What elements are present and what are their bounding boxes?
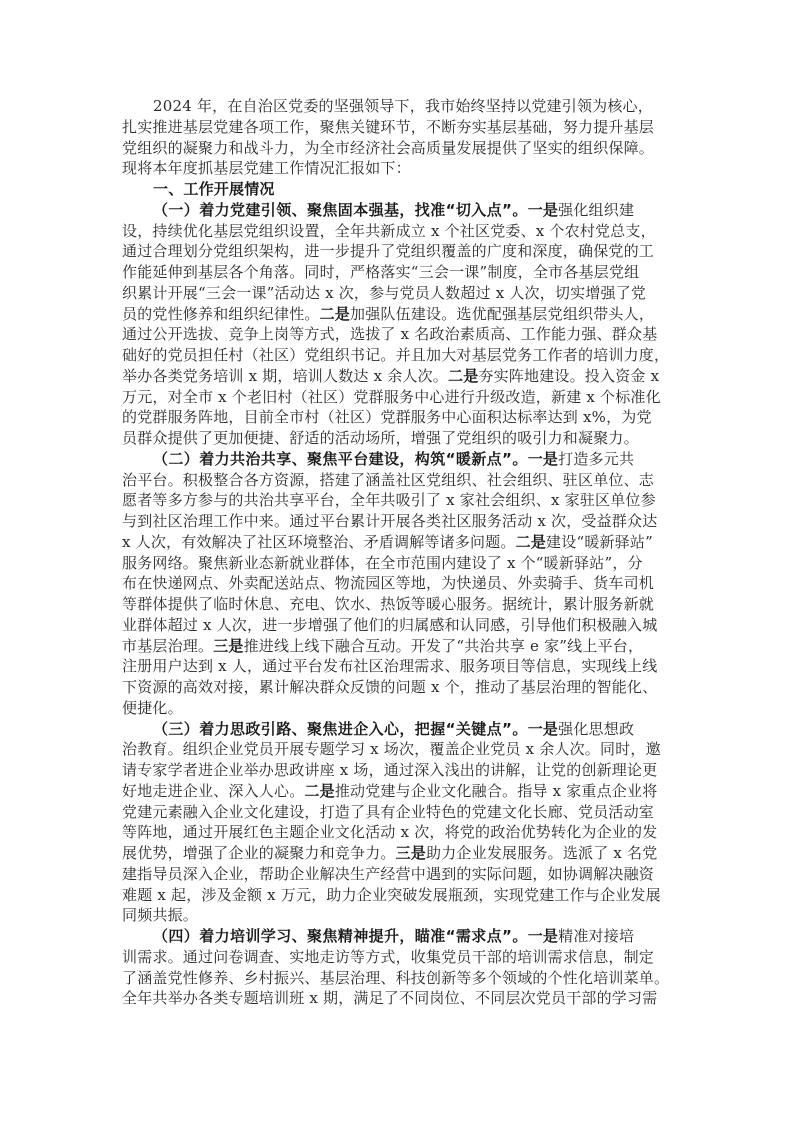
- body-text: 员群众提供了更加便捷、舒适的活动场所，增强了党组织的吸引力和凝聚力。: [122, 429, 639, 447]
- body-text: 员的党性修养和组织纪律性。: [122, 305, 320, 323]
- section-title: （三）着力思政引路、聚焦进企入心，把握“关键点”。: [153, 720, 528, 738]
- body-text: 同频共振。: [122, 906, 198, 924]
- body-text: 作能延伸到基层各个角落。同时，严格落实“三会一课”制度，全市各基层党组: [122, 263, 639, 281]
- body-line: 展优势，增强了企业的凝聚力和竞争力。三是助力企业发展服务。选派了 x 名党: [122, 843, 672, 864]
- section-title: （二）着力共治共享、聚焦平台建设，构筑“暖新点”。: [153, 450, 528, 468]
- body-text: 加强队伍建设。选优配强基层党组织带头人，: [350, 305, 654, 323]
- body-line: 请专家学者进企业举办思政讲座 x 场，通过深入浅出的讲解，让党的创新理论更: [122, 760, 672, 781]
- body-line: 的党群服务阵地，目前全市村（社区）党群服务中心面积达标率达到 x%，为党: [122, 407, 672, 428]
- body-line: 举办各类党务培训 x 期，培训人数达 x 余人次。二是夯实阵地建设。投入资金 x: [122, 366, 672, 387]
- body-line: x 人次，有效解决了社区环境整治、矛盾调解等诸多问题。二是建设“暖新驿站”: [122, 532, 672, 553]
- body-line: 员的党性修养和组织纪律性。二是加强队伍建设。选优配强基层党组织带头人，: [122, 304, 672, 325]
- body-text: 精准对接培: [558, 927, 634, 945]
- body-line: 了涵盖党性修养、乡村振兴、基层治理、科技创新等多个领域的个性化培训菜单。: [122, 968, 672, 989]
- body-line: 便捷化。: [122, 698, 672, 719]
- body-text: 等群体提供了临时休息、充电、饮水、热饭等暖心服务。据统计，累计服务新就: [122, 595, 654, 613]
- section-title-line: （二）着力共治共享、聚焦平台建设，构筑“暖新点”。一是打造多元共: [122, 449, 672, 470]
- body-line: 注册用户达到 x 人，通过平台发布社区治理需求、服务项目等信息，实现线上线: [122, 656, 672, 677]
- body-line: 愿者等多方参与的共治共享平台，全年共吸引了 x 家社会组织、x 家驻区单位参: [122, 490, 672, 511]
- body-line: 治教育。组织企业党员开展专题学习 x 场次，覆盖企业党员 x 余人次。同时，邀: [122, 739, 672, 760]
- sections-container: （一）着力党建引领、聚焦固本强基，找准“切入点”。一是强化组织建设，持续优化基层…: [122, 200, 672, 1009]
- body-text: 市基层治理。: [122, 637, 213, 655]
- body-text: 愿者等多方参与的共治共享平台，全年共吸引了 x 家社会组织、x 家驻区单位参: [122, 491, 656, 509]
- body-text: 治平台。积极整合各方资源，搭建了涵盖社区党组织、社会组织、驻区单位、志: [122, 471, 654, 489]
- intro-line: 现将本年度抓基层党建工作情况汇报如下：: [122, 158, 672, 179]
- intro-line: 党组织的凝聚力和战斗力，为全市经济社会高质量发展提供了坚实的组织保障。: [122, 138, 672, 159]
- document-page: 2024 年，在自治区党委的坚强领导下，我市始终坚持以党建引领为核心，扎实推进基…: [122, 96, 672, 1009]
- intro-line: 扎实推进基层党建各项工作，聚焦关键环节，不断夯实基层基础，努力提升基层: [122, 117, 672, 138]
- body-text: 建设“暖新驿站”: [546, 533, 653, 551]
- bold-keyword: 二是: [448, 367, 478, 385]
- bold-keyword: 一是: [528, 720, 558, 738]
- body-line: 织累计开展“三会一课”活动达 x 次，参与党员人数超过 x 人次，切实增强了党: [122, 283, 672, 304]
- body-line: 下资源的高效对接，累计解决群众反馈的问题 x 个，推动了基层治理的智能化、: [122, 677, 672, 698]
- body-text: 党建元素融入企业文化建设，打造了具有企业特色的党建文化长廊、党员活动室: [122, 803, 654, 821]
- body-text: 等阵地，通过开展红色主题企业文化活动 x 次，将党的政治优势转化为企业的发: [122, 823, 657, 841]
- body-text: 难题 x 起，涉及金额 x 万元，助力企业突破发展瓶颈，实现党建工作与企业发展: [122, 886, 661, 904]
- body-text: 好地走进企业、深入人心。: [122, 782, 304, 800]
- body-line: 市基层治理。三是推进线上线下融合互动。开发了“共治共享 e 家”线上平台，: [122, 636, 672, 657]
- body-line: 全年共举办各类专题培训班 x 期，满足了不同岗位、不同层次党员干部的学习需: [122, 988, 672, 1009]
- body-text: 请专家学者进企业举办思政讲座 x 场，通过深入浅出的讲解，让党的创新理论更: [122, 761, 657, 779]
- section-title: （一）着力党建引领、聚焦固本强基，找准“切入点”。: [153, 201, 528, 219]
- bold-keyword: 一是: [528, 927, 558, 945]
- body-line: 设，持续优化基层党组织设置，全年共新成立 x 个社区党委、x 个农村党总支，: [122, 221, 672, 242]
- body-line: 业群体超过 x 人次，进一步增强了他们的归属感和认同感，引导他们积极融入城: [122, 615, 672, 636]
- bold-keyword: 二是: [304, 782, 334, 800]
- body-line: 与到社区治理工作中来。通过平台累计开展各类社区服务活动 x 次，受益群众达: [122, 511, 672, 532]
- body-line: 党建元素融入企业文化建设，打造了具有企业特色的党建文化长廊、党员活动室: [122, 802, 672, 823]
- body-text: 打造多元共: [558, 450, 634, 468]
- intro-line: 2024 年，在自治区党委的坚强领导下，我市始终坚持以党建引领为核心，: [122, 96, 672, 117]
- section-3: （三）着力思政引路、聚焦进企入心，把握“关键点”。一是强化思想政治教育。组织企业…: [122, 719, 672, 927]
- body-text: 强化思想政: [558, 720, 634, 738]
- heading-work-overview: 一、工作开展情况: [122, 179, 672, 200]
- bold-keyword: 三是: [213, 637, 243, 655]
- body-text: 注册用户达到 x 人，通过平台发布社区治理需求、服务项目等信息，实现线上线: [122, 657, 657, 675]
- section-title-line: （三）着力思政引路、聚焦进企入心，把握“关键点”。一是强化思想政: [122, 719, 672, 740]
- bold-keyword: 二是: [320, 305, 350, 323]
- intro-paragraph: 2024 年，在自治区党委的坚强领导下，我市始终坚持以党建引领为核心，扎实推进基…: [122, 96, 672, 179]
- body-text: 强化组织建: [558, 201, 634, 219]
- bold-keyword: 一是: [528, 201, 558, 219]
- body-line: 等群体提供了临时休息、充电、饮水、热饭等暖心服务。据统计，累计服务新就: [122, 594, 672, 615]
- body-text: 织累计开展“三会一课”活动达 x 次，参与党员人数超过 x 人次，切实增强了党: [122, 284, 646, 302]
- body-text: x 人次，有效解决了社区环境整治、矛盾调解等诸多问题。: [122, 533, 516, 551]
- body-line: 建指导员深入企业，帮助企业解决生产经营中遇到的实际问题，如协调解决融资: [122, 864, 672, 885]
- body-line: 员群众提供了更加便捷、舒适的活动场所，增强了党组织的吸引力和凝聚力。: [122, 428, 672, 449]
- body-text: 万元，对全市 x 个老旧村（社区）党群服务中心进行升级改造，新建 x 个标准化: [122, 388, 661, 406]
- bold-keyword: 一是: [528, 450, 558, 468]
- section-1: （一）着力党建引领、聚焦固本强基，找准“切入点”。一是强化组织建设，持续优化基层…: [122, 200, 672, 449]
- body-line: 通过合理划分党组织架构，进一步提升了党组织覆盖的广度和深度，确保党的工: [122, 241, 672, 262]
- body-line: 难题 x 起，涉及金额 x 万元，助力企业突破发展瓶颈，实现党建工作与企业发展: [122, 885, 672, 906]
- body-text: 训需求。通过问卷调查、实地走访等方式，收集党员干部的培训需求信息，制定: [122, 948, 654, 966]
- body-text: 治教育。组织企业党员开展专题学习 x 场次，覆盖企业党员 x 余人次。同时，邀: [122, 740, 661, 758]
- section-title-line: （一）着力党建引领、聚焦固本强基，找准“切入点”。一是强化组织建: [122, 200, 672, 221]
- body-line: 等阵地，通过开展红色主题企业文化活动 x 次，将党的政治优势转化为企业的发: [122, 822, 672, 843]
- body-line: 训需求。通过问卷调查、实地走访等方式，收集党员干部的培训需求信息，制定: [122, 947, 672, 968]
- bold-keyword: 三是: [396, 844, 426, 862]
- body-text: 通过公开选拔、竞争上岗等方式，选拔了 x 名政治素质高、工作能力强、群众基: [122, 325, 657, 343]
- body-line: 服务网络。聚焦新业态新就业群体，在全市范围内建设了 x 个“暖新驿站”，分: [122, 553, 672, 574]
- body-line: 同频共振。: [122, 905, 672, 926]
- body-text: 下资源的高效对接，累计解决群众反馈的问题 x 个，推动了基层治理的智能化、: [122, 678, 657, 696]
- body-text: 与到社区治理工作中来。通过平台累计开展各类社区服务活动 x 次，受益群众达: [122, 512, 657, 530]
- body-text: 助力企业发展服务。选派了 x 名党: [426, 844, 657, 862]
- body-text: 便捷化。: [122, 699, 183, 717]
- section-title-line: （四）着力培训学习、聚焦精神提升，瞄准“需求点”。一是精准对接培: [122, 926, 672, 947]
- section-title: （四）着力培训学习、聚焦精神提升，瞄准“需求点”。: [153, 927, 528, 945]
- body-text: 布在快递网点、外卖配送站点、物流园区等地，为快递员、外卖骑手、货车司机: [122, 574, 654, 592]
- section-2: （二）着力共治共享、聚焦平台建设，构筑“暖新点”。一是打造多元共治平台。积极整合…: [122, 449, 672, 719]
- body-text: 了涵盖党性修养、乡村振兴、基层治理、科技创新等多个领域的个性化培训菜单。: [122, 969, 669, 987]
- body-text: 建指导员深入企业，帮助企业解决生产经营中遇到的实际问题，如协调解决融资: [122, 865, 654, 883]
- body-line: 治平台。积极整合各方资源，搭建了涵盖社区党组织、社会组织、驻区单位、志: [122, 470, 672, 491]
- body-line: 万元，对全市 x 个老旧村（社区）党群服务中心进行升级改造，新建 x 个标准化: [122, 387, 672, 408]
- bold-keyword: 二是: [516, 533, 546, 551]
- body-text: 全年共举办各类专题培训班 x 期，满足了不同岗位、不同层次党员干部的学习需: [122, 989, 657, 1007]
- body-text: 设，持续优化基层党组织设置，全年共新成立 x 个社区党委、x 个农村党总支，: [122, 222, 656, 240]
- body-text: 推进线上线下融合互动。开发了“共治共享 e 家”线上平台，: [244, 637, 644, 655]
- body-text: 础好的党员担任村（社区）党组织书记。并且加大对基层党务工作者的培训力度，: [122, 346, 669, 364]
- body-text: 夯实阵地建设。投入资金 x: [478, 367, 659, 385]
- body-text: 服务网络。聚焦新业态新就业群体，在全市范围内建设了 x 个“暖新驿站”，分: [122, 554, 643, 572]
- body-line: 础好的党员担任村（社区）党组织书记。并且加大对基层党务工作者的培训力度，: [122, 345, 672, 366]
- body-text: 展优势，增强了企业的凝聚力和竞争力。: [122, 844, 396, 862]
- body-line: 布在快递网点、外卖配送站点、物流园区等地，为快递员、外卖骑手、货车司机: [122, 573, 672, 594]
- body-line: 好地走进企业、深入人心。二是推动党建与企业文化融合。指导 x 家重点企业将: [122, 781, 672, 802]
- body-text: 通过合理划分党组织架构，进一步提升了党组织覆盖的广度和深度，确保党的工: [122, 242, 654, 260]
- body-line: 作能延伸到基层各个角落。同时，严格落实“三会一课”制度，全市各基层党组: [122, 262, 672, 283]
- body-text: 业群体超过 x 人次，进一步增强了他们的归属感和认同感，引导他们积极融入城: [122, 616, 657, 634]
- body-text: 推动党建与企业文化融合。指导 x 家重点企业将: [335, 782, 658, 800]
- body-text: 举办各类党务培训 x 期，培训人数达 x 余人次。: [122, 367, 448, 385]
- section-4: （四）着力培训学习、聚焦精神提升，瞄准“需求点”。一是精准对接培训需求。通过问卷…: [122, 926, 672, 1009]
- body-text: 的党群服务阵地，目前全市村（社区）党群服务中心面积达标率达到 x%，为党: [122, 408, 652, 426]
- body-line: 通过公开选拔、竞争上岗等方式，选拔了 x 名政治素质高、工作能力强、群众基: [122, 324, 672, 345]
